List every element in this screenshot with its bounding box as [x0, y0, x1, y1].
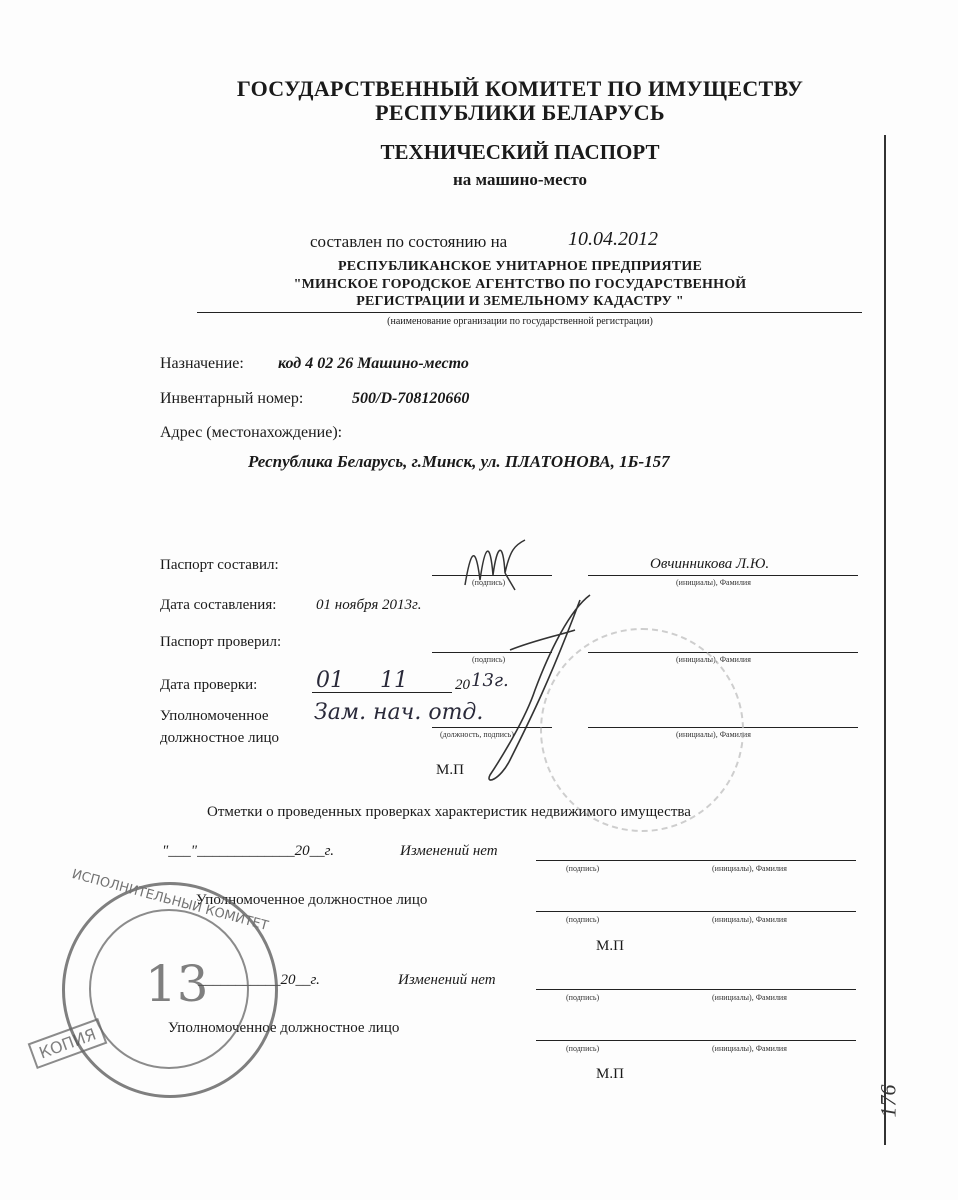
check-date-line	[312, 692, 452, 693]
org-caption: (наименование организации по государстве…	[0, 316, 958, 327]
state-label: составлен по состоянию на	[310, 232, 507, 252]
compiled-date-label: Дата составления:	[160, 597, 276, 614]
page-number: 176	[876, 1085, 902, 1118]
committee-line-2: РЕСПУБЛИКИ БЕЛАРУСЬ	[0, 100, 958, 126]
check-1-official-name-caption: (инициалы), Фамилия	[712, 915, 787, 924]
compiled-name-line	[588, 575, 858, 576]
checks-title: Отметки о проведенных проверках характер…	[207, 804, 691, 821]
purpose-label: Назначение:	[160, 355, 244, 373]
committee-line-1: ГОСУДАРСТВЕННЫЙ КОМИТЕТ ПО ИМУЩЕСТВУ	[0, 76, 958, 102]
check-1-name-caption: (инициалы), Фамилия	[712, 864, 787, 873]
check-date-year-suffix: 13г.	[471, 670, 509, 691]
official-position-line	[432, 727, 552, 728]
check-2-stamp-place: М.П	[596, 1066, 624, 1083]
official-seal: ИСПОЛНИТЕЛЬНЫЙ КОМИТЕТ 13	[62, 882, 278, 1098]
official-handwritten: Зам. нач. отд.	[314, 700, 483, 725]
check-date-year-prefix: 20	[455, 677, 470, 694]
seal-number: 13	[145, 955, 209, 1013]
check-2-official-name-caption: (инициалы), Фамилия	[712, 1044, 787, 1053]
state-date: 10.04.2012	[568, 228, 658, 251]
org-line-2: "МИНСКОЕ ГОРОДСКОЕ АГЕНТСТВО ПО ГОСУДАРС…	[0, 276, 958, 293]
official-label-1: Уполномоченное	[160, 708, 269, 725]
signature-scribble-1	[455, 535, 555, 595]
compiled-name-caption: (инициалы), Фамилия	[676, 578, 751, 587]
compiled-date-value: 01 ноября 2013г.	[316, 597, 421, 614]
check-date-label: Дата проверки:	[160, 677, 257, 694]
compiled-label: Паспорт составил:	[160, 557, 279, 574]
check-2-sign-caption: (подпись)	[566, 993, 599, 1002]
stamp-place-1: М.П	[436, 762, 464, 779]
compiled-name: Овчинникова Л.Ю.	[650, 556, 769, 573]
check-1-official-sign-caption: (подпись)	[566, 915, 599, 924]
check-1-date: "___"_____________20__г.	[162, 843, 334, 860]
check-1-official-line	[536, 911, 856, 912]
document-title: ТЕХНИЧЕСКИЙ ПАСПОРТ	[0, 140, 958, 165]
address-label: Адрес (местонахождение):	[160, 424, 342, 442]
check-1-sign-caption: (подпись)	[566, 864, 599, 873]
inventory-label: Инвентарный номер:	[160, 390, 303, 408]
org-line-1: РЕСПУБЛИКАНСКОЕ УНИТАРНОЕ ПРЕДПРИЯТИЕ	[0, 258, 958, 275]
check-2-name-caption: (инициалы), Фамилия	[712, 993, 787, 1002]
inventory-value: 500/D-708120660	[352, 390, 469, 408]
check-2-sign-line	[536, 989, 856, 990]
checked-label: Паспорт проверил:	[160, 634, 281, 651]
purpose-value: код 4 02 26 Машино-место	[278, 355, 469, 373]
check-1-stamp-place: М.П	[596, 938, 624, 955]
check-1-sign-line	[536, 860, 856, 861]
check-date-month: 11	[380, 668, 408, 693]
org-line-3: РЕГИСТРАЦИИ И ЗЕМЕЛЬНОМУ КАДАСТРУ "	[0, 293, 958, 310]
official-position-caption: (должность, подпись)	[440, 730, 514, 739]
check-2-official-sign-caption: (подпись)	[566, 1044, 599, 1053]
org-underline	[197, 312, 862, 313]
check-2-status: Изменений нет	[398, 972, 496, 989]
check-2-official-line	[536, 1040, 856, 1041]
address-value: Республика Беларусь, г.Минск, ул. ПЛАТОН…	[248, 452, 670, 472]
document-subtitle: на машино-место	[0, 170, 958, 190]
check-date-day: 01	[316, 668, 344, 693]
check-1-status: Изменений нет	[400, 843, 498, 860]
official-label-2: должностное лицо	[160, 730, 279, 747]
official-seal-faint	[540, 628, 744, 832]
